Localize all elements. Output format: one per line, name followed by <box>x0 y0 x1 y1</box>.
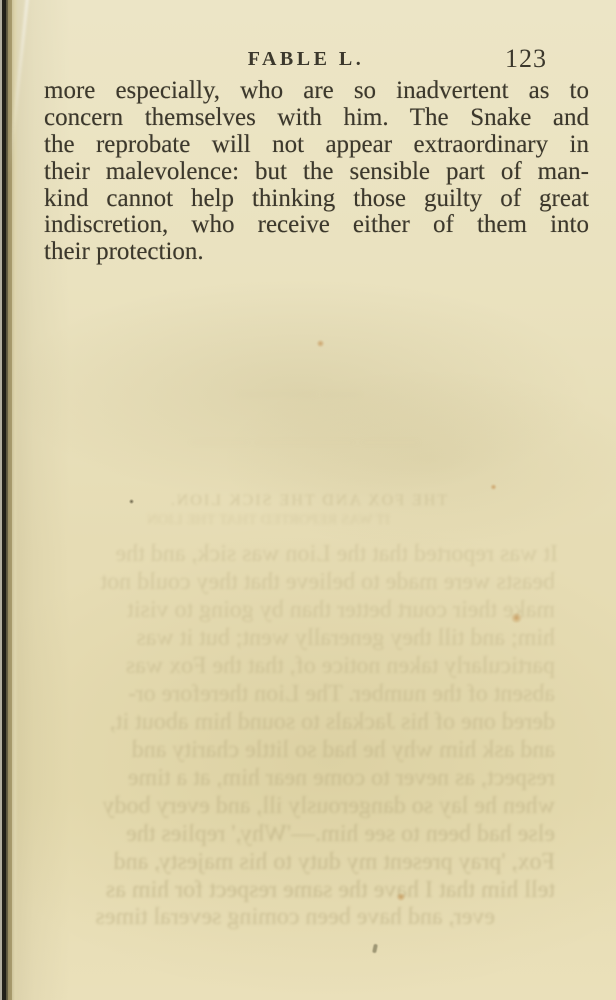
bleed-through-line: respect, as never to come near him, at a… <box>95 765 555 792</box>
bleed-through-line: —— ———— <box>202 382 362 409</box>
body-line-7: their protection. <box>44 239 589 266</box>
page-number: 123 <box>505 44 547 74</box>
bleed-through-line: Fox, 'pray present my duty to his majest… <box>95 849 555 876</box>
foxing-stain <box>510 613 523 623</box>
running-head: FABLE L. 123 <box>44 45 588 75</box>
bleed-through-line: else had been to see him.—'Why,' replies… <box>95 821 555 848</box>
body-line-5: kind cannot help thinking those guilty o… <box>44 186 589 213</box>
bleed-through-line: make their court better than by going to… <box>95 597 555 624</box>
bleed-through-line: him; and till they generally went; but i… <box>95 625 555 652</box>
foxing-stain <box>316 340 325 347</box>
bleed-through-line: ——— ————— ——— <box>150 430 420 457</box>
body-line-4: their malevolence: but the sensible part… <box>44 159 589 186</box>
body-line-6: indiscretion, who receive either of them… <box>44 212 589 239</box>
ink-speck <box>372 944 378 954</box>
bleed-through-line: THE FOX AND THE SICK LION. <box>140 492 476 519</box>
foxing-stain <box>396 893 406 901</box>
scanned-book-page: FABLE L. 123 more especially, who are so… <box>0 0 616 1000</box>
bleed-through-line: ever, and have been coming several times… <box>95 904 495 931</box>
ink-speck <box>129 499 134 504</box>
bleed-through-line: It was reported that the Lion was sick, … <box>112 541 558 568</box>
bleed-through-line: tell him that I have the same respect fo… <box>95 877 555 904</box>
bleed-through-line: beasts were made to believe that they co… <box>95 569 555 596</box>
body-line-3: the reprobate will not appear extraordin… <box>44 132 589 159</box>
bleed-through-line: absent of the number. The Lion therefore… <box>95 681 555 708</box>
foxing-stain <box>490 484 497 490</box>
bleed-through-line: when he lay so dangerously ill, and ever… <box>95 793 555 820</box>
body-line-2: concern themselves with him. The Snake a… <box>44 105 589 132</box>
body-paragraph: more especially, who are so inadvertent … <box>44 78 589 266</box>
bleed-through-line: dered one of his Jackals to sound him ab… <box>95 709 555 736</box>
bleed-through-line: IT WAS REPORTED THAT THE LION <box>128 512 390 539</box>
body-line-1: more especially, who are so inadvertent … <box>44 78 589 105</box>
bleed-through-line: and ask him why he had so little charity… <box>95 737 555 764</box>
bleed-through-line: particularly taken notice of, that the F… <box>95 653 555 680</box>
running-head-title: FABLE L. <box>248 48 365 71</box>
